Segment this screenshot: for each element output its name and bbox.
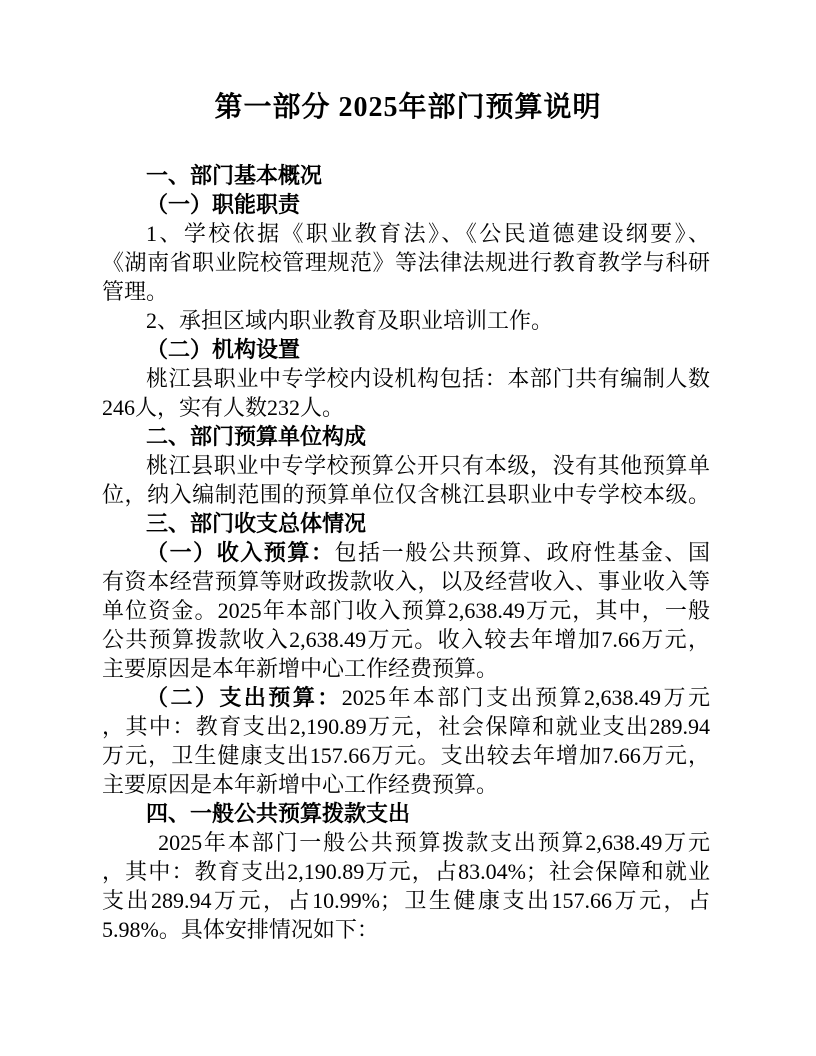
body-text: 桃江县职业中专学校预算公开只有本级，没有其他预算单	[146, 453, 710, 478]
body-text: 主要原因是本年新增中心工作经费预算。	[102, 656, 498, 681]
body-text: 包括一般公共预算、政府性基金、国	[335, 540, 710, 565]
bold-text: 三、部门收支总体情况	[146, 511, 366, 536]
bold-text: （一）职能职责	[146, 192, 300, 217]
document-title: 第一部分 2025年部门预算说明	[0, 0, 816, 126]
text-line: 有资本经营预算等财政拨款收入，以及经营收入、事业收入等	[102, 567, 710, 596]
heading-line: （二）机构设置	[102, 335, 710, 364]
body-text: 万元，卫生健康支出157.66万元。支出较去年增加7.66万元，	[102, 743, 710, 768]
body-text: 5.98%。具体安排情况如下：	[102, 917, 379, 942]
body-text: 主要原因是本年新增中心工作经费预算。	[102, 772, 498, 797]
text-line: 公共预算拨款收入2,638.49万元。收入较去年增加7.66万元，	[102, 625, 710, 654]
text-line: 主要原因是本年新增中心工作经费预算。	[102, 770, 710, 799]
heading-line: 二、部门预算单位构成	[102, 422, 710, 451]
body-text: 有资本经营预算等财政拨款收入，以及经营收入、事业收入等	[102, 569, 710, 594]
heading-line: 四、一般公共预算拨款支出	[102, 799, 710, 828]
text-line: 2、承担区域内职业教育及职业培训工作。	[102, 306, 710, 335]
text-line: 桃江县职业中专学校内设机构包括：本部门共有编制人数	[102, 364, 710, 393]
document-page: 第一部分 2025年部门预算说明 一、部门基本概况（一）职能职责1、学校依据《职…	[0, 0, 816, 1056]
text-line: 桃江县职业中专学校预算公开只有本级，没有其他预算单	[102, 451, 710, 480]
text-line: （一）收入预算：包括一般公共预算、政府性基金、国	[102, 538, 710, 567]
bold-text: 一、部门基本概况	[146, 163, 322, 188]
text-line: ，其中：教育支出2,190.89万元，社会保障和就业支出289.94	[102, 712, 710, 741]
text-line: ，其中：教育支出2,190.89万元，占83.04%；社会保障和就业	[102, 857, 710, 886]
text-line: 246人，实有人数232人。	[102, 393, 710, 422]
text-line: （二）支出预算：2025年本部门支出预算2,638.49万元	[102, 683, 710, 712]
body-text: 支出289.94万元，占10.99%；卫生健康支出157.66万元，占	[102, 888, 710, 913]
body-text: ，其中：教育支出2,190.89万元，社会保障和就业支出289.94	[102, 714, 710, 739]
body-text: ，其中：教育支出2,190.89万元，占83.04%；社会保障和就业	[102, 859, 710, 884]
body-text: 246人，实有人数232人。	[102, 395, 344, 420]
text-line: 位，纳入编制范围的预算单位仅含桃江县职业中专学校本级。	[102, 480, 710, 509]
heading-line: （一）职能职责	[102, 190, 710, 219]
text-line: 管理。	[102, 277, 710, 306]
text-line: 5.98%。具体安排情况如下：	[102, 915, 710, 944]
text-line: 万元，卫生健康支出157.66万元。支出较去年增加7.66万元，	[102, 741, 710, 770]
bold-text: 二、部门预算单位构成	[146, 424, 366, 449]
body-text: 管理。	[102, 279, 168, 304]
text-line: 单位资金。2025年本部门收入预算2,638.49万元，其中，一般	[102, 596, 710, 625]
bold-text: （二）机构设置	[146, 337, 300, 362]
body-text: 公共预算拨款收入2,638.49万元。收入较去年增加7.66万元，	[102, 627, 710, 652]
body-text: 1、学校依据《职业教育法》、《公民道德建设纲要》、	[146, 221, 710, 246]
text-line: 2025年本部门一般公共预算拨款支出预算2,638.49万元	[102, 828, 710, 857]
text-line: 《湖南省职业院校管理规范》等法律法规进行教育教学与科研	[102, 248, 710, 277]
bold-text: 四、一般公共预算拨款支出	[146, 801, 410, 826]
bold-text: （二）支出预算：	[146, 685, 342, 710]
body-text: 2025年本部门一般公共预算拨款支出预算2,638.49万元	[158, 830, 710, 855]
document-body: 一、部门基本概况（一）职能职责1、学校依据《职业教育法》、《公民道德建设纲要》、…	[102, 161, 710, 944]
text-line: 1、学校依据《职业教育法》、《公民道德建设纲要》、	[102, 219, 710, 248]
body-text: 2025年本部门支出预算2,638.49万元	[342, 685, 710, 710]
body-text: 单位资金。2025年本部门收入预算2,638.49万元，其中，一般	[102, 598, 710, 623]
text-line: 支出289.94万元，占10.99%；卫生健康支出157.66万元，占	[102, 886, 710, 915]
heading-line: 一、部门基本概况	[102, 161, 710, 190]
bold-text: （一）收入预算：	[146, 540, 335, 565]
text-line: 主要原因是本年新增中心工作经费预算。	[102, 654, 710, 683]
body-text: 2、承担区域内职业教育及职业培训工作。	[146, 308, 553, 333]
heading-line: 三、部门收支总体情况	[102, 509, 710, 538]
body-text: 《湖南省职业院校管理规范》等法律法规进行教育教学与科研	[102, 250, 710, 275]
body-text: 桃江县职业中专学校内设机构包括：本部门共有编制人数	[146, 366, 710, 391]
body-text: 位，纳入编制范围的预算单位仅含桃江县职业中专学校本级。	[102, 482, 710, 507]
